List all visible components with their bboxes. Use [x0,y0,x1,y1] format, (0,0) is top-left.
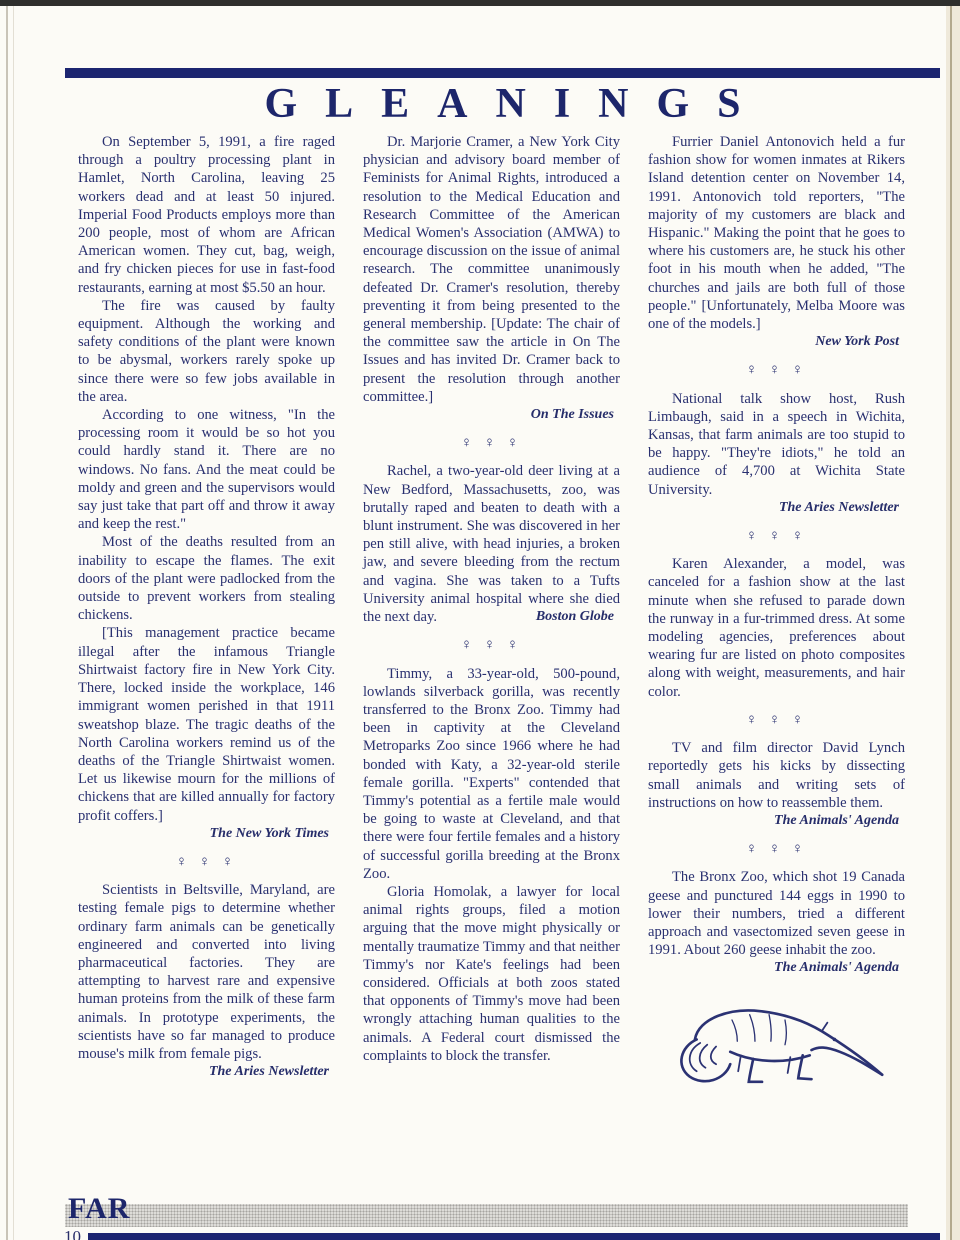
article-paragraph: [This management practice became illegal… [78,624,335,824]
article-paragraph: The Bronx Zoo, which shot 19 Canada gees… [648,868,905,959]
column-1: On September 5, 1991, a fire raged throu… [78,133,335,1095]
article-paragraph: Scientists in Beltsville, Maryland, are … [78,881,335,1063]
column-2: Dr. Marjorie Cramer, a New York City phy… [363,133,620,1095]
article-paragraph: On September 5, 1991, a fire raged throu… [78,133,335,297]
source-attribution: The Aries Newsletter [78,1063,335,1081]
female-symbols-separator: ♀ ♀ ♀ [648,840,905,858]
page-number: 10 [64,1227,81,1240]
article-paragraph: TV and film director David Lynch reporte… [648,739,905,812]
footer-brand: FAR [68,1192,130,1226]
scan-edge-top [0,0,960,6]
article-paragraph: Furrier Daniel Antonovich held a fur fas… [648,133,905,333]
source-attribution: The Aries Newsletter [648,499,905,517]
source-attribution: The Animals' Agenda [648,812,905,830]
source-attribution: New York Post [648,333,905,351]
article-paragraph: The fire was caused by faulty equipment.… [78,297,335,406]
article-paragraph: Most of the deaths resulted from an inab… [78,533,335,624]
female-symbols-separator: ♀ ♀ ♀ [363,636,620,654]
bottom-rule [88,1233,940,1240]
source-attribution: The Animals' Agenda [648,959,905,977]
article-paragraph: Dr. Marjorie Cramer, a New York City phy… [363,133,620,406]
page-title: GLEANINGS [65,80,940,128]
source-attribution: On The Issues [363,406,620,424]
article-paragraph: Timmy, a 33-year-old, 500-pound, lowland… [363,665,620,883]
column-3: Furrier Daniel Antonovich held a fur fas… [648,133,905,1095]
scanned-newsletter-page: GLEANINGS On September 5, 1991, a fire r… [0,0,960,1240]
scan-edge-left-2 [13,6,14,1240]
female-symbols-separator: ♀ ♀ ♀ [648,711,905,729]
scan-edge-left [6,6,8,1240]
anteater-illustration [648,988,891,1095]
female-symbols-separator: ♀ ♀ ♀ [648,361,905,379]
scan-edge-right-line [950,6,952,1240]
article-paragraph: According to one witness, "In the proces… [78,406,335,533]
source-attribution: The New York Times [78,825,335,843]
header-rule [65,68,940,78]
scan-edge-right [946,6,960,1240]
article-columns: On September 5, 1991, a fire raged throu… [78,133,905,1095]
female-symbols-separator: ♀ ♀ ♀ [363,434,620,452]
article-paragraph: Rachel, a two-year-old deer living at a … [363,462,620,626]
article-paragraph: Karen Alexander, a model, was canceled f… [648,555,905,701]
article-paragraph: National talk show host, Rush Limbaugh, … [648,390,905,499]
article-paragraph: Gloria Homolak, a lawyer for local anima… [363,883,620,1065]
female-symbols-separator: ♀ ♀ ♀ [78,853,335,871]
footer-halftone-bar [65,1204,908,1227]
female-symbols-separator: ♀ ♀ ♀ [648,527,905,545]
